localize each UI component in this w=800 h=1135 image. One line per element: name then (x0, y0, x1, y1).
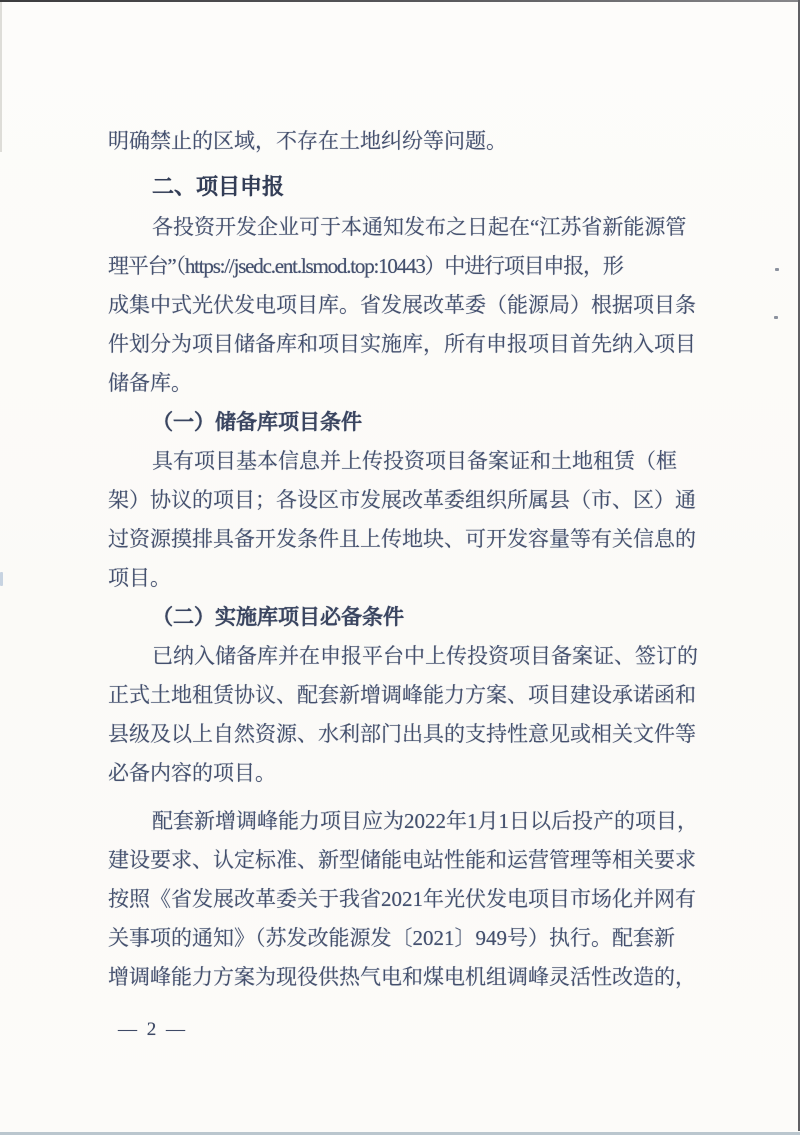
text-line: 正式土地租赁协议、配套新增调峰能力方案、项目建设承诺函和 (108, 676, 708, 715)
text-line: 县级及以上自然资源、水利部门出具的支持性意见或相关文件等 (108, 715, 708, 754)
scan-artifact-speck (775, 268, 779, 271)
text-line: 关事项的通知》（苏发改能源发〔2021〕949号）执行。配套新 (108, 919, 708, 958)
text-line: 件划分为项目储备库和项目实施库，所有申报项目首先纳入项目 (108, 325, 708, 364)
text-line: 建设要求、认定标准、新型储能电站性能和运营管理等相关要求 (108, 841, 708, 880)
document-body: 明确禁止的区域，不存在土地纠纷等问题。 二、项目申报 各投资开发企业可于本通知发… (108, 122, 708, 1045)
text-line: 过资源摸排具备开发条件且上传地块、可开发容量等有关信息的 (108, 520, 708, 559)
text-line: 各投资开发企业可于本通知发布之日起在“江苏省新能源管 (108, 208, 708, 247)
text-line: 具有项目基本信息并上传投资项目备案证和土地租赁（框 (108, 442, 708, 481)
text-line: 按照《省发展改革委关于我省2021年光伏发电项目市场化并网有 (108, 880, 708, 919)
text-line: 必备内容的项目。 (108, 754, 708, 793)
text-line-with-url: 理平台”（https://jsedc.ent.lsmod.top:10443）中… (108, 247, 708, 286)
section-heading: 二、项目申报 (108, 167, 708, 206)
scanned-document-page: 明确禁止的区域，不存在土地纠纷等问题。 二、项目申报 各投资开发企业可于本通知发… (0, 0, 800, 1135)
text-line: 明确禁止的区域，不存在土地纠纷等问题。 (108, 122, 708, 161)
subsection-heading-2: （二）实施库项目必备条件 (108, 598, 708, 637)
subsection-heading-1: （一）储备库项目条件 (108, 403, 708, 442)
text-line: 储备库。 (108, 364, 708, 403)
text-line: 成集中式光伏发电项目库。省发展改革委（能源局）根据项目条 (108, 286, 708, 325)
scan-edge-left-line (0, 2, 2, 152)
scan-artifact-speck (774, 316, 778, 319)
scan-edge-top-line (0, 0, 800, 2)
text-line: 已纳入储备库并在申报平台中上传投资项目备案证、签订的 (108, 637, 708, 676)
text-line: 配套新增调峰能力项目应为2022年1月1日以后投产的项目， (108, 802, 708, 841)
text-line: 架）协议的项目；各设区市发展改革委组织所属县（市、区）通 (108, 481, 708, 520)
text-line: 增调峰能力方案为现役供热气电和煤电机组调峰灵活性改造的， (108, 958, 708, 997)
text-line: 项目。 (108, 559, 708, 598)
page-number: — 2 — (118, 1015, 708, 1045)
scan-artifact-mark (0, 572, 3, 586)
